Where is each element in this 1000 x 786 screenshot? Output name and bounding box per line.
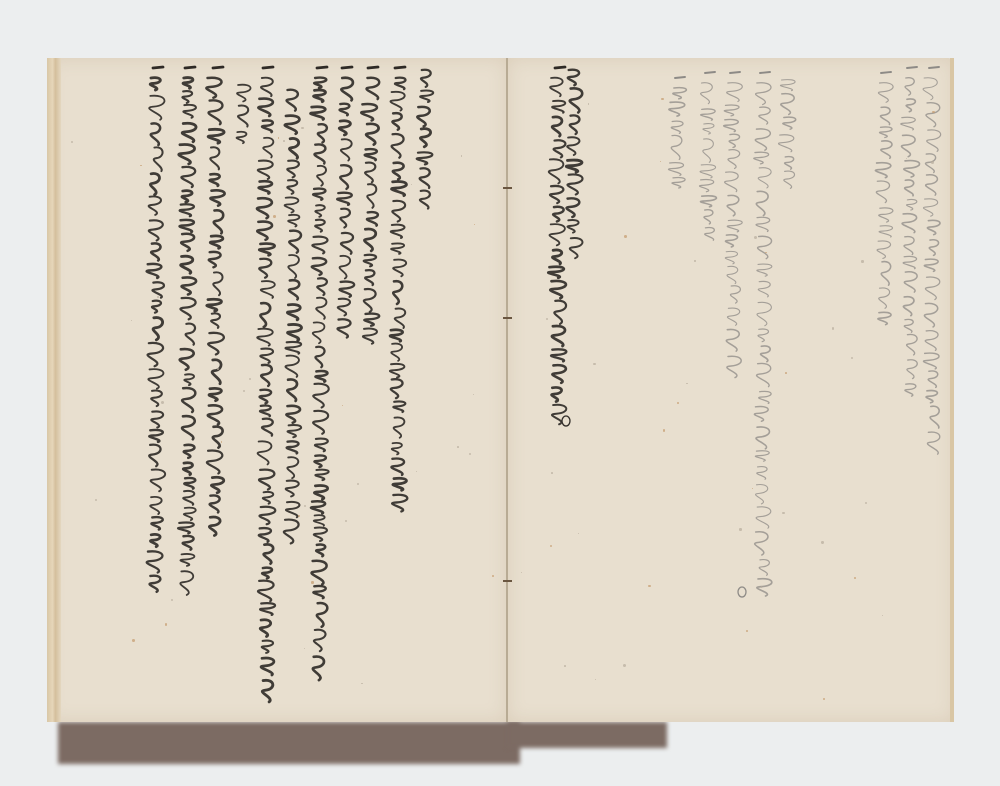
cursive-glyph (365, 149, 377, 160)
cursive-glyph (315, 347, 324, 367)
cursive-glyph (780, 80, 795, 91)
cursive-glyph (180, 349, 194, 370)
paper-speck (746, 630, 748, 632)
cursive-glyph (180, 298, 195, 319)
cursive-glyph (147, 264, 162, 278)
cursive-glyph (258, 441, 272, 464)
cursive-glyph (208, 405, 222, 424)
cursive-glyph (758, 168, 771, 188)
cursive-glyph (390, 330, 403, 342)
paper-speck (932, 111, 934, 113)
cursive-glyph (364, 314, 379, 326)
cursive-glyph (392, 113, 401, 130)
cursive-glyph (150, 174, 159, 195)
paper-speck (95, 499, 97, 501)
cursive-glyph (150, 576, 161, 592)
text-column (566, 70, 582, 259)
cursive-glyph (313, 657, 324, 681)
cursive-glyph (668, 163, 683, 176)
cursive-glyph (393, 478, 407, 490)
text-column (237, 85, 251, 143)
cursive-glyph (761, 346, 771, 362)
cursive-glyph (314, 515, 325, 526)
cursive-glyph (391, 459, 404, 475)
text-column (147, 67, 166, 592)
cursive-glyph (704, 210, 713, 224)
item-dash-mark (675, 77, 685, 78)
cursive-glyph (147, 551, 163, 572)
paper-speck (661, 98, 663, 100)
cursive-glyph (902, 214, 916, 233)
cursive-glyph (756, 507, 771, 528)
paper-speck (416, 471, 417, 472)
cursive-glyph (150, 497, 161, 514)
item-dash-mark (929, 67, 939, 68)
cursive-glyph (285, 116, 300, 134)
cursive-glyph (701, 109, 716, 120)
cursive-glyph (259, 244, 274, 256)
cursive-glyph (311, 501, 325, 513)
cursive-glyph (391, 225, 405, 238)
cursive-glyph (182, 416, 195, 439)
cursive-glyph (287, 457, 298, 478)
cursive-glyph (567, 174, 582, 194)
cursive-glyph (420, 129, 430, 147)
cursive-glyph (784, 171, 795, 188)
cursive-glyph (552, 117, 562, 136)
cursive-glyph (151, 391, 162, 407)
cursive-glyph (926, 390, 937, 402)
cursive-glyph (901, 117, 915, 130)
cursive-glyph (150, 78, 160, 90)
cursive-glyph (673, 88, 687, 99)
cursive-glyph (288, 215, 299, 227)
cursive-glyph (287, 161, 299, 178)
cursive-glyph (727, 356, 741, 377)
cursive-glyph (879, 208, 893, 222)
item-dash-mark (263, 67, 273, 68)
cursive-glyph (879, 288, 890, 308)
cursive-glyph (699, 180, 713, 192)
item-dash-mark (760, 72, 770, 73)
cursive-glyph (260, 603, 275, 615)
item-dash-mark (907, 67, 917, 68)
cursive-glyph (340, 104, 350, 116)
cursive-glyph (258, 581, 274, 602)
cursive-glyph (905, 384, 916, 396)
cursive-glyph (150, 534, 160, 546)
cursive-glyph (311, 107, 326, 120)
cursive-glyph (417, 107, 429, 126)
cursive-glyph (554, 140, 566, 157)
cursive-glyph (184, 374, 194, 385)
cursive-glyph (262, 568, 272, 579)
cursive-glyph (393, 401, 405, 412)
cursive-glyph (148, 343, 163, 366)
text-column (923, 67, 941, 454)
cursive-glyph (207, 451, 222, 474)
paper-speck (551, 472, 553, 474)
cursive-glyph (759, 560, 769, 576)
cursive-glyph (211, 477, 223, 492)
cursive-glyph (313, 322, 325, 343)
cursive-glyph (392, 443, 402, 455)
cursive-glyph (759, 391, 771, 403)
text-column (337, 67, 354, 338)
cursive-glyph (878, 83, 893, 103)
paper-speck (785, 372, 787, 374)
paper-speck (739, 528, 741, 530)
cursive-glyph (208, 333, 224, 355)
paper-speck (752, 488, 753, 489)
cursive-glyph (783, 117, 796, 129)
cursive-glyph (262, 120, 273, 132)
cursive-glyph (314, 144, 325, 163)
cursive-glyph (390, 364, 404, 378)
cursive-glyph (285, 342, 301, 354)
cursive-glyph (264, 544, 273, 563)
cursive-glyph (149, 220, 163, 240)
cursive-glyph (727, 220, 742, 232)
cursive-glyph (184, 445, 195, 458)
cursive-glyph (757, 302, 771, 325)
cursive-glyph (420, 91, 433, 102)
cursive-glyph (286, 481, 299, 497)
cursive-glyph (923, 353, 939, 369)
cursive-glyph (312, 258, 326, 275)
paper-speck (782, 512, 784, 514)
cursive-glyph (671, 121, 683, 133)
cursive-glyph (289, 280, 299, 299)
cursive-glyph (757, 363, 771, 386)
cursive-glyph (209, 388, 221, 400)
cursive-glyph (261, 658, 274, 675)
cursive-glyph (364, 289, 376, 312)
cursive-glyph (570, 88, 582, 112)
cursive-glyph (726, 329, 739, 351)
item-dash-mark (342, 67, 352, 68)
cursive-glyph (180, 554, 194, 566)
item-dash-mark (881, 72, 891, 73)
cursive-glyph (257, 198, 272, 218)
cursive-glyph (367, 78, 380, 99)
cursive-glyph (929, 240, 938, 256)
item-dash-mark (730, 72, 740, 73)
cursive-glyph (758, 281, 770, 296)
text-column (390, 67, 407, 511)
cursive-glyph (703, 139, 714, 162)
cursive-glyph (210, 190, 224, 205)
cursive-glyph (904, 237, 914, 255)
cursive-glyph (314, 486, 327, 500)
cursive-glyph (210, 147, 219, 169)
cursive-glyph (317, 603, 327, 627)
cursive-glyph (727, 308, 739, 325)
cursive-glyph (149, 96, 164, 120)
item-dash-mark (213, 67, 223, 68)
cursive-glyph (907, 360, 917, 379)
cursive-glyph (925, 331, 938, 351)
cursive-glyph (154, 147, 163, 171)
cursive-glyph (570, 238, 583, 258)
cursive-glyph (288, 255, 299, 278)
cursive-glyph (315, 439, 328, 452)
cursive-glyph (671, 135, 682, 159)
cursive-glyph (183, 491, 194, 505)
cursive-glyph (361, 104, 377, 120)
text-column (311, 67, 329, 680)
cursive-glyph (259, 470, 274, 490)
cursive-glyph (728, 150, 740, 169)
cursive-glyph (420, 168, 430, 188)
cursive-glyph (151, 411, 163, 427)
cursive-glyph (284, 520, 299, 544)
cursive-glyph (315, 220, 325, 232)
cursive-glyph (881, 262, 890, 286)
text-column (257, 67, 275, 702)
cursive-glyph (181, 167, 195, 187)
cursive-glyph (263, 492, 273, 504)
cursive-glyph (552, 326, 565, 346)
cursive-glyph (705, 227, 715, 240)
cursive-glyph (212, 360, 221, 384)
cursive-glyph (316, 545, 325, 557)
paper-speck (311, 581, 313, 583)
cursive-glyph (754, 407, 768, 422)
cursive-glyph (285, 356, 299, 377)
cursive-glyph (259, 259, 271, 278)
cursive-glyph (184, 478, 195, 489)
cursive-glyph (756, 427, 769, 449)
paper-speck (217, 368, 219, 370)
text-column (284, 90, 302, 544)
cursive-glyph (568, 70, 579, 86)
cursive-glyph (153, 318, 163, 340)
cursive-glyph (905, 180, 914, 196)
cursive-glyph (393, 281, 402, 304)
cursive-glyph (316, 371, 328, 382)
cursive-glyph (926, 103, 940, 127)
paper-speck (161, 401, 164, 404)
paper-speck (301, 127, 304, 130)
cursive-glyph (725, 235, 737, 247)
cursive-glyph (754, 152, 769, 164)
cursive-glyph (181, 256, 193, 273)
cursive-glyph (757, 579, 772, 596)
text-column (548, 67, 566, 424)
cursive-glyph (924, 259, 938, 271)
cursive-glyph (210, 495, 220, 512)
cursive-glyph (151, 470, 166, 492)
cursive-glyph (260, 303, 270, 327)
cursive-glyph (756, 83, 771, 105)
cursive-glyph (420, 191, 430, 209)
cursive-glyph (211, 313, 220, 327)
cursive-glyph (288, 324, 302, 340)
item-dash-mark (317, 67, 327, 68)
cursive-glyph (210, 174, 220, 186)
cursive-glyph (553, 207, 564, 222)
cursive-glyph (210, 236, 223, 248)
cursive-glyph (928, 371, 938, 387)
paper-speck (765, 252, 766, 253)
cursive-glyph (725, 172, 739, 192)
text-column (754, 72, 772, 596)
cursive-glyph (317, 166, 326, 186)
cursive-glyph (314, 528, 327, 542)
cursive-glyph (340, 282, 355, 297)
cursive-glyph (390, 92, 404, 111)
cursive-glyph (341, 233, 353, 254)
cursive-glyph (904, 272, 917, 292)
cursive-glyph (567, 198, 580, 217)
paper-speck (931, 161, 934, 164)
cursive-glyph (552, 250, 561, 264)
cursive-glyph (182, 191, 192, 202)
cursive-glyph (287, 90, 298, 111)
cursive-glyph (258, 99, 273, 116)
cursive-glyph (392, 134, 404, 158)
cursive-glyph (701, 196, 717, 207)
text-column (178, 67, 196, 595)
item-dash-mark (368, 67, 378, 68)
cursive-glyph (904, 161, 920, 177)
cursive-glyph (759, 107, 770, 124)
cursive-glyph (237, 132, 247, 143)
cursive-glyph (257, 222, 272, 240)
cursive-glyph (566, 160, 582, 172)
cursive-glyph (340, 165, 351, 189)
cursive-glyph (549, 224, 564, 245)
cursive-glyph (925, 277, 939, 300)
cursive-glyph (881, 141, 892, 158)
cursive-glyph (183, 536, 194, 550)
paper-speck (469, 453, 471, 455)
paper-speck (851, 357, 853, 359)
paper-speck (243, 390, 245, 392)
cursive-glyph (927, 432, 939, 454)
cursive-glyph (209, 100, 223, 124)
cursive-glyph (184, 508, 196, 521)
cursive-glyph (259, 528, 271, 542)
cursive-glyph (338, 299, 350, 316)
cursive-glyph (258, 161, 273, 179)
cursive-glyph (554, 301, 566, 324)
cursive-glyph (392, 182, 407, 196)
cursive-glyph (391, 379, 403, 398)
item-dash-mark (705, 72, 715, 73)
handwritten-text (0, 0, 1000, 786)
circle-mark (562, 416, 570, 426)
text-column (724, 72, 743, 378)
cursive-glyph (259, 181, 272, 193)
cursive-glyph (314, 455, 326, 467)
paper-speck (278, 137, 279, 138)
cursive-glyph (290, 138, 299, 158)
text-column (668, 77, 686, 188)
cursive-glyph (152, 301, 161, 313)
cursive-glyph (261, 365, 272, 386)
cursive-glyph (366, 124, 378, 145)
cursive-glyph (364, 229, 375, 251)
cursive-glyph (392, 201, 405, 222)
cursive-glyph (340, 209, 349, 228)
cursive-glyph (903, 256, 916, 268)
cursive-glyph (288, 425, 302, 437)
cursive-glyph (905, 78, 914, 95)
text-column (699, 72, 716, 240)
cursive-glyph (365, 163, 375, 183)
cursive-glyph (262, 419, 273, 436)
cursive-glyph (367, 184, 376, 208)
cursive-glyph (151, 517, 162, 530)
cursive-glyph (903, 297, 913, 316)
cursive-glyph (567, 220, 578, 233)
paper-speck (492, 575, 494, 577)
cursive-glyph (148, 369, 163, 388)
cursive-glyph (880, 127, 892, 138)
cursive-glyph (180, 571, 193, 595)
cursive-glyph (183, 78, 193, 89)
cursive-glyph (548, 267, 564, 278)
cursive-glyph (727, 195, 739, 215)
cursive-glyph (757, 467, 767, 480)
cursive-glyph (391, 344, 402, 361)
cursive-glyph (180, 204, 194, 216)
cursive-glyph (313, 411, 328, 434)
cursive-glyph (907, 199, 917, 210)
cursive-glyph (700, 165, 716, 178)
cursive-glyph (906, 99, 915, 112)
cursive-glyph (318, 124, 327, 142)
cursive-glyph (149, 445, 160, 467)
circle-mark (738, 587, 746, 597)
cursive-glyph (365, 270, 374, 285)
text-column (875, 72, 893, 325)
cursive-glyph (550, 78, 563, 96)
cursive-glyph (315, 205, 324, 217)
cursive-glyph (149, 196, 161, 214)
cursive-glyph (262, 641, 273, 653)
cursive-glyph (755, 129, 770, 150)
cursive-glyph (785, 157, 794, 170)
cursive-glyph (393, 260, 406, 277)
cursive-glyph (181, 234, 194, 251)
cursive-glyph (926, 175, 938, 195)
notebook-photo: Open handwritten Japanese notebook (curs… (0, 0, 1000, 786)
cursive-glyph (337, 193, 352, 205)
cursive-glyph (182, 91, 192, 103)
cursive-glyph (394, 417, 405, 437)
paper-speck (273, 215, 276, 218)
cursive-glyph (314, 78, 326, 88)
paper-speck (283, 140, 285, 142)
cursive-glyph (550, 186, 563, 203)
cursive-glyph (289, 231, 301, 253)
cursive-glyph (178, 522, 194, 533)
cursive-glyph (363, 329, 377, 344)
cursive-glyph (923, 199, 937, 216)
cursive-glyph (669, 102, 685, 116)
cursive-glyph (186, 324, 195, 345)
cursive-glyph (287, 379, 297, 400)
paper-speck (648, 585, 651, 588)
paper-speck (686, 383, 688, 385)
cursive-glyph (182, 123, 196, 142)
cursive-glyph (208, 129, 224, 143)
cursive-glyph (287, 441, 299, 453)
item-dash-mark (555, 67, 565, 68)
